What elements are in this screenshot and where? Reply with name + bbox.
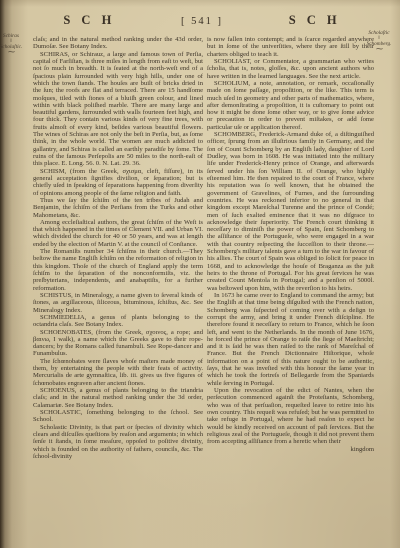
book-page: S C H [ 541 ] S C H Schiras ‖ Scholaſtic… [0, 0, 400, 548]
entry-schmiedelia: SCHMIEDELIA, a genus of plants belonging… [33, 314, 203, 329]
entry-scholastic: SCHOLASTIC, ſomething belonging to the ſ… [33, 409, 203, 424]
catchword: kingdom [207, 446, 374, 453]
entry-scholiast: SCHOLIAST, or Commentator, a grammarian … [207, 58, 374, 80]
running-head: S C H [ 541 ] S C H [33, 13, 371, 28]
entry-schistus: SCHISTUS, in Mineralogy, a name given to… [33, 292, 203, 314]
paragraph-continuation: is now fallen into contempt; and is ſcar… [207, 36, 374, 58]
running-head-left: S C H [33, 13, 146, 28]
column-right: is now fallen into contempt; and is ſcar… [207, 36, 374, 453]
paragraph: Among eccleſiaſtical authors, the great … [33, 219, 203, 248]
entry-schism: SCHISM, (from the Greek, σχισμα, cleft, … [33, 168, 203, 197]
margin-note-left: Schiras ‖ Scholaſtic. ⁓ [0, 33, 27, 55]
entry-scholium: SCHOLIUM, a note, annotation, or remark,… [207, 80, 374, 131]
page-number: [ 541 ] [146, 16, 259, 27]
paragraph-continuation: claſs; and in the natural method ranking… [33, 36, 203, 51]
paragraph: Upon the revocation of the edict of Nant… [207, 387, 374, 446]
running-head-right: S C H [258, 13, 371, 28]
entry-schoenobates: SCHOENOBATES, (from the Greek, σχοινος, … [33, 329, 203, 358]
margin-note-left-flourish: ⁓ [0, 50, 27, 55]
paragraph: In 1673 he came over to England to comma… [207, 292, 374, 387]
entry-schoenus: SCHOENUS, a genus of plants belonging to… [33, 387, 203, 409]
paragraph: The ſchœnobates were ſlaves whoſe maſter… [33, 358, 203, 387]
entry-scholastic-divinity: Scholastic Divinity, is that part or ſpe… [33, 424, 203, 461]
entry-schomberg: SCHOMBERG, Frederick-Armand duke of, a d… [207, 131, 374, 292]
paragraph: The Romaniſts number 34 ſchiſms in their… [33, 248, 203, 292]
column-left: claſs; and in the natural method ranking… [33, 36, 203, 460]
entry-schiras: SCHIRAS, or Schirauz, a large and famous… [33, 51, 203, 168]
paragraph: Thus we ſay the ſchiſm of the ten tribes… [33, 197, 203, 219]
